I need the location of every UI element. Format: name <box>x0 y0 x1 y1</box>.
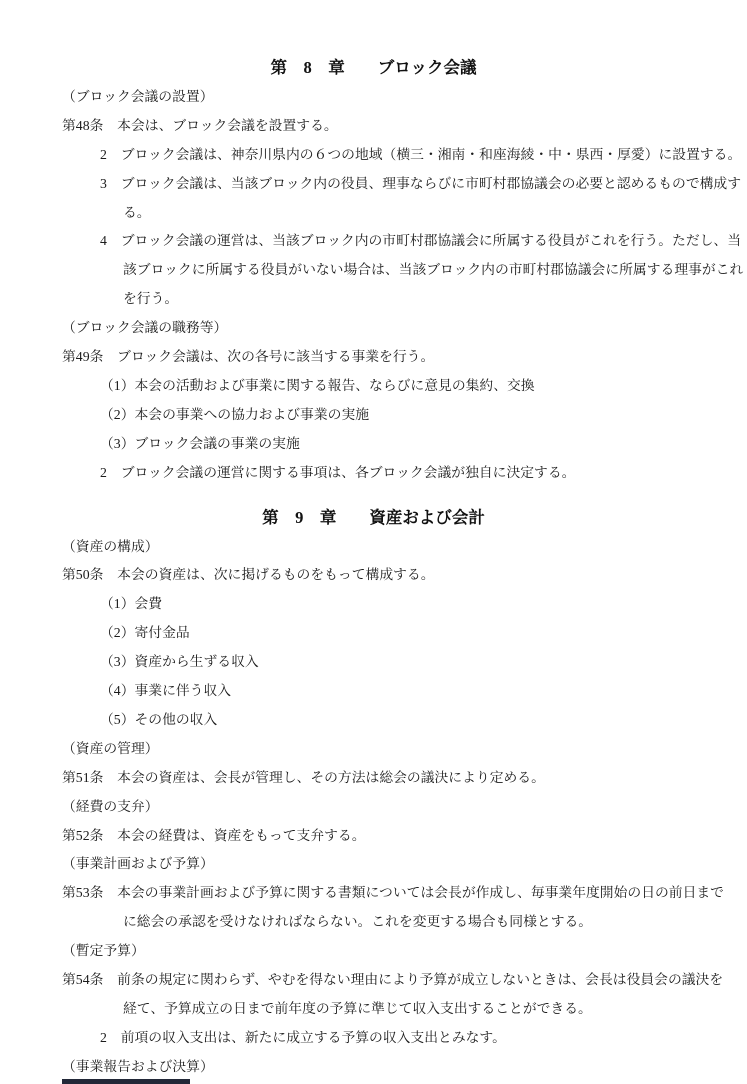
article-51-line: 第51条 本会の資産は、会長が管理し、その方法は総会の議決により定める。 <box>62 764 747 793</box>
list-item-line: （5）その他の収入 <box>100 706 747 735</box>
sub-item-line: 3 ブロック会議は、当該ブロック内の役員、理事ならびに市町村郡協議会の必要と認め… <box>100 170 747 199</box>
list-item-line: （4）事業に伴う収入 <box>100 677 747 706</box>
list-item-line: （2）寄付金品 <box>100 619 747 648</box>
sub-item-line: 4 ブロック会議の運営は、当該ブロック内の市町村郡協議会に所属する役員がこれを行… <box>100 227 747 256</box>
article-52-line: 第52条 本会の経費は、資産をもって支弁する。 <box>62 822 747 851</box>
list-item-line: （1）本会の活動および事業に関する報告、ならびに意見の集約、交換 <box>100 372 747 401</box>
continuation-line: 経て、予算成立の日まで前年度の予算に準じて収入支出することができる。 <box>123 995 747 1024</box>
section-label: （事業計画および予算） <box>62 850 747 879</box>
continuation-line: 該ブロックに所属する役員がいない場合は、当該ブロック内の市町村郡協議会に所属する… <box>123 256 747 285</box>
article-53-line: 第53条 本会の事業計画および予算に関する書類については会長が作成し、毎事業年度… <box>62 879 747 908</box>
list-item-line: （3）資産から生ずる収入 <box>100 648 747 677</box>
section-label: （資産の管理） <box>62 735 747 764</box>
sub-item-line: 2 前項の収入支出は、新たに成立する予算の収入支出とみなす。 <box>100 1024 747 1053</box>
list-item-line: （3）ブロック会議の事業の実施 <box>100 430 747 459</box>
chapter-8-heading: 第 8 章 ブロック会議 <box>0 54 747 83</box>
article-54-line: 第54条 前条の規定に関わらず、やむを得ない理由により予算が成立しないときは、会… <box>62 966 747 995</box>
article-50-line: 第50条 本会の資産は、次に掲げるものをもって構成する。 <box>62 561 747 590</box>
section-label: （暫定予算） <box>62 937 747 966</box>
section-label: （資産の構成） <box>62 533 747 562</box>
list-item-line: （1）会費 <box>100 590 747 619</box>
cutoff-next-line-artifact <box>62 1079 190 1084</box>
continuation-line: を行う。 <box>123 285 747 314</box>
section-label: （ブロック会議の設置） <box>62 83 747 112</box>
sub-item-line: 2 ブロック会議の運営に関する事項は、各ブロック会議が独自に決定する。 <box>100 459 747 488</box>
article-49-line: 第49条 ブロック会議は、次の各号に該当する事業を行う。 <box>62 343 747 372</box>
list-item-line: （2）本会の事業への協力および事業の実施 <box>100 401 747 430</box>
chapter-9-heading: 第 9 章 資産および会計 <box>0 504 747 533</box>
article-48-line: 第48条 本会は、ブロック会議を設置する。 <box>62 112 747 141</box>
sub-item-line: 2 ブロック会議は、神奈川県内の６つの地域（横三・湘南・和座海綾・中・県西・厚愛… <box>100 141 747 170</box>
section-label: （経費の支弁） <box>62 793 747 822</box>
continuation-line: に総会の承認を受けなければならない。これを変更する場合も同様とする。 <box>123 908 747 937</box>
document-page: 第 8 章 ブロック会議 （ブロック会議の設置） 第48条 本会は、ブロック会議… <box>0 0 747 1084</box>
continuation-line: る。 <box>123 199 747 228</box>
section-label: （事業報告および決算） <box>62 1053 747 1082</box>
section-label: （ブロック会議の職務等） <box>62 314 747 343</box>
